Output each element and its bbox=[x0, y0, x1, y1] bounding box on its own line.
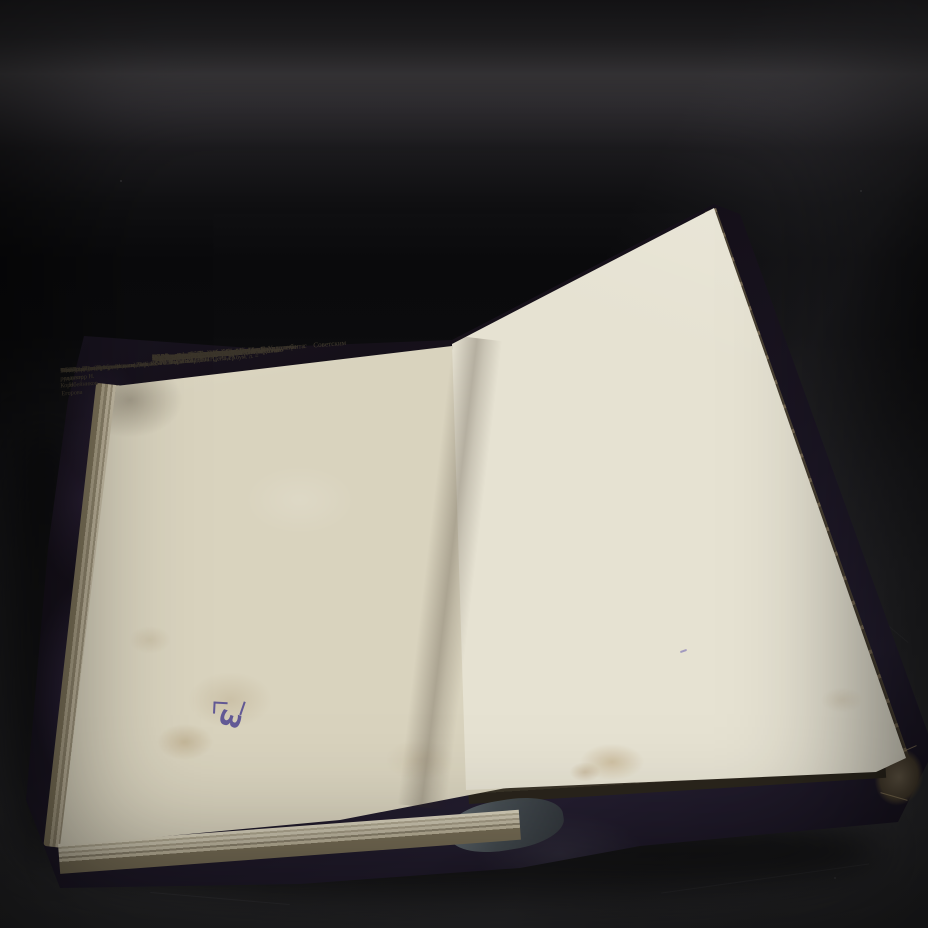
photo-vignette bbox=[0, 0, 928, 928]
photo-open-book: СОДЕРЖАНИЕ Введение 5 Экономическое пора… bbox=[0, 0, 928, 928]
